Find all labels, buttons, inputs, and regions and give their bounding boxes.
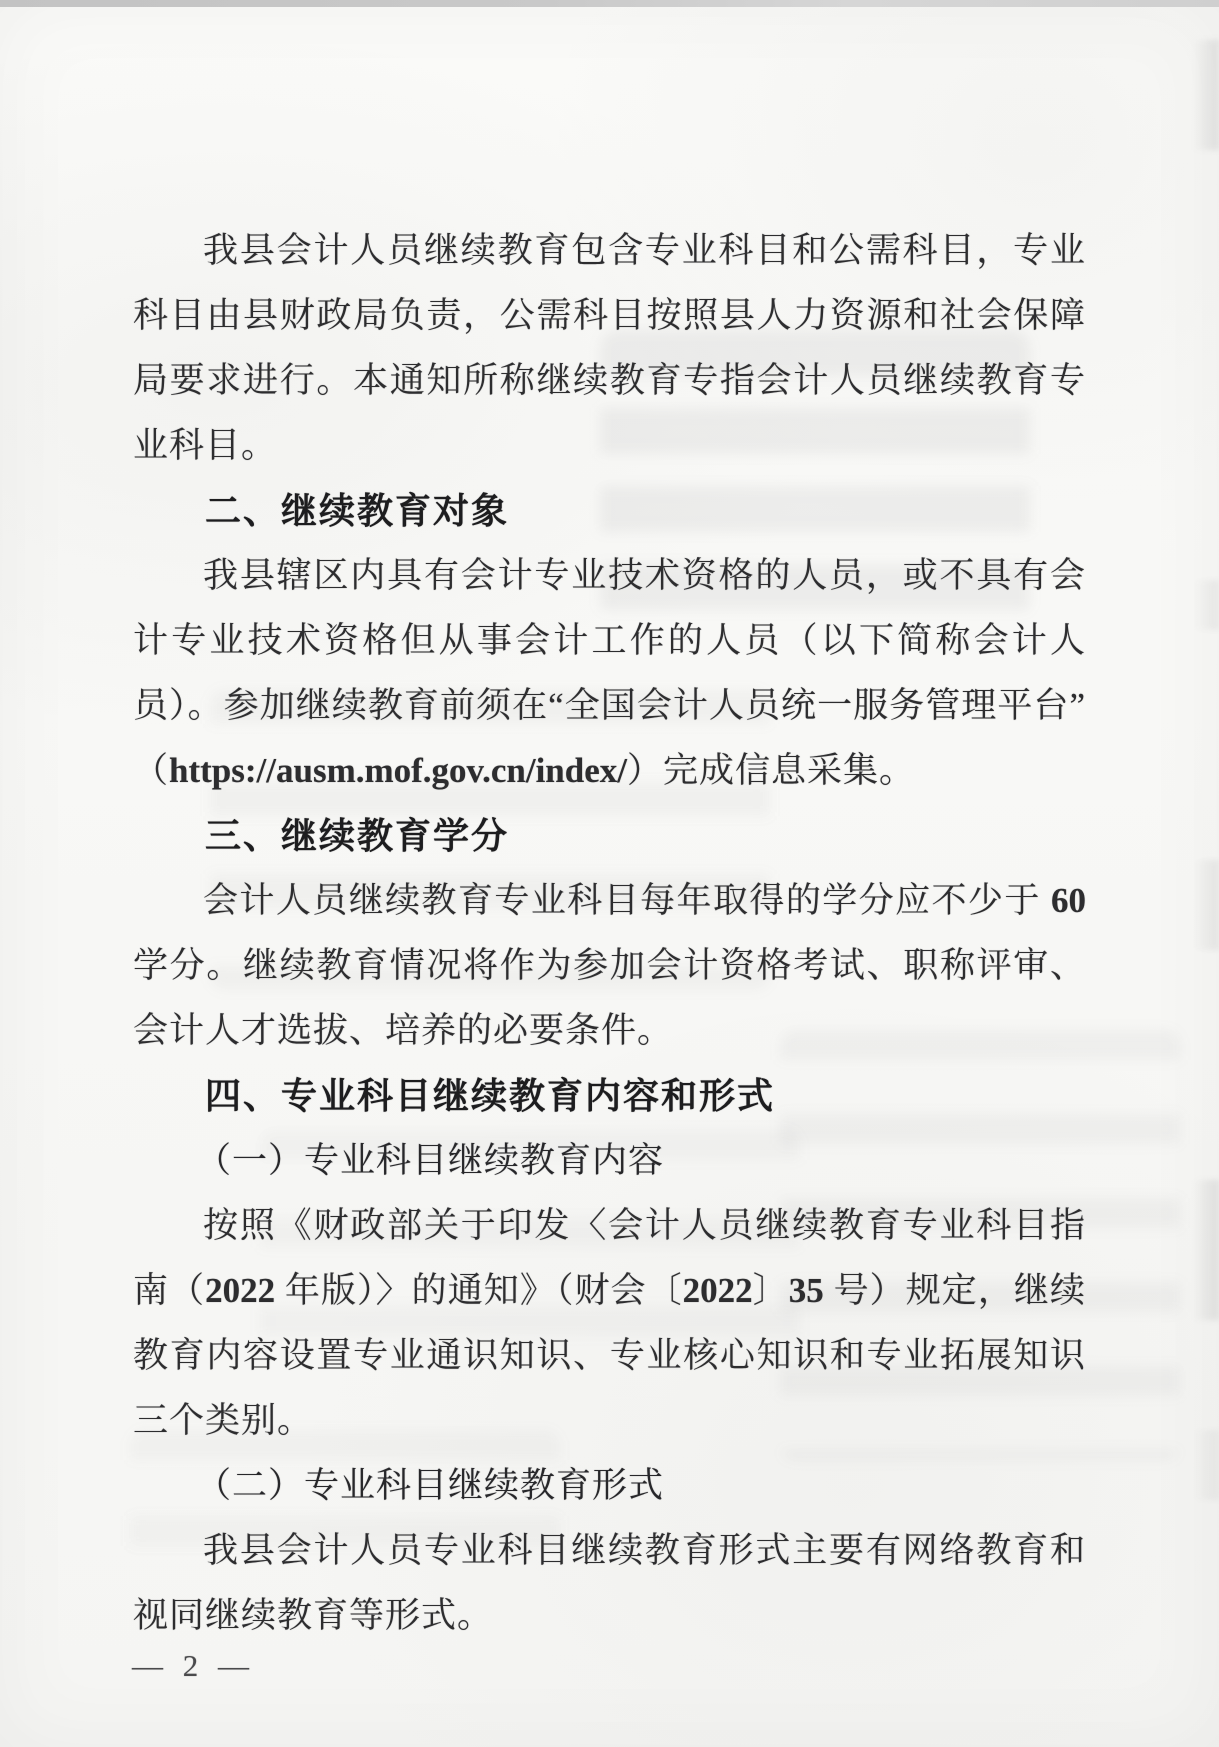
scan-edge-smudge xyxy=(1193,1430,1219,1500)
paragraph-education-targets: 我县辖区内具有会计专业技术资格的人员，或不具有会计专业技术资格但从事会计工作的人… xyxy=(133,543,1086,803)
scan-edge-smudge xyxy=(1193,580,1219,630)
paragraph-scope-overview: 我县会计人员继续教育包含专业科目和公需科目，专业科目由县财政局负责，公需科目按照… xyxy=(133,218,1086,478)
scanned-document-page: 我县会计人员继续教育包含专业科目和公需科目，专业科目由县财政局负责，公需科目按照… xyxy=(0,0,1219,1747)
heading-section-4-content-forms: 四、专业科目继续教育内容和形式 xyxy=(133,1063,1086,1128)
page-number: — 2 — xyxy=(132,1648,255,1684)
subheading-professional-forms: （二）专业科目继续教育形式 xyxy=(133,1453,1086,1518)
scan-edge-artifact xyxy=(0,0,1219,7)
scan-edge-smudge xyxy=(1193,40,1219,150)
subheading-professional-content: （一）专业科目继续教育内容 xyxy=(133,1128,1086,1193)
scan-edge-smudge xyxy=(1193,1180,1219,1320)
paragraph-credit-requirement: 会计人员继续教育专业科目每年取得的学分应不少于 60 学分。继续教育情况将作为参… xyxy=(133,868,1086,1063)
paragraph-content-categories: 按照《财政部关于印发〈会计人员继续教育专业科目指南（2022 年版）〉的通知》（… xyxy=(133,1193,1086,1453)
heading-section-2-targets: 二、继续教育对象 xyxy=(133,478,1086,543)
scan-edge-smudge xyxy=(1193,860,1219,950)
heading-section-3-credits: 三、继续教育学分 xyxy=(133,803,1086,868)
paragraph-education-forms: 我县会计人员专业科目继续教育形式主要有网络教育和视同继续教育等形式。 xyxy=(133,1518,1086,1648)
document-body: 我县会计人员继续教育包含专业科目和公需科目，专业科目由县财政局负责，公需科目按照… xyxy=(133,218,1086,1648)
